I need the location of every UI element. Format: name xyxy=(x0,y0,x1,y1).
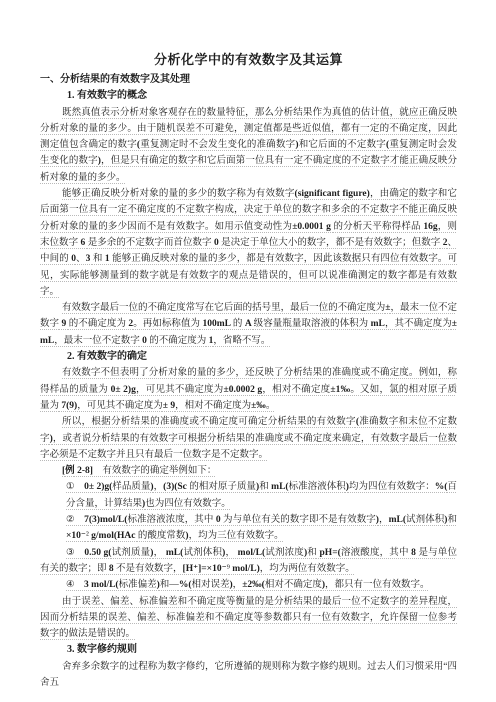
para-uncertainty-notation: 有效数字最后一位的不确定度常写在它后面的括号里，最后一位的不确定度为±，最末一位… xyxy=(40,300,457,349)
heading-determination: 2. 有效数字的确定 xyxy=(67,349,457,365)
example-item-1: ① 0± 2)g(样品质量)，(3)(Sc 的相对原子质量)和 mL(标准溶液体… xyxy=(66,479,457,512)
heading-rounding-rules: 3. 数字修约规则 xyxy=(67,642,457,658)
example-item-3: ③ 0.50 g(试剂质量)， mL(试剂体积)， mol/L(试剂浓度)和 p… xyxy=(40,545,457,578)
example-2-8-head: [例 2-8] 有效数字的确定举例如下： xyxy=(40,463,457,479)
para-determination-rule: 所以，根据分析结果的准确度或不确定度可确定分析结果的有效数字(准确数字和末位不定… xyxy=(40,414,457,463)
para-accuracy-example: 有效数字不但表明了分析对象的量的多少，还反映了分析结果的准确度或不确定度。例如，… xyxy=(40,365,457,414)
heading-concept: 1. 有效数字的概念 xyxy=(67,88,457,104)
para-significant-figure: 能够正确反映分析对象的量的多少的数字称为有效数字(significant fig… xyxy=(40,186,457,300)
para-true-value: 既然真值表示分析对象客观存在的数量特征，那么分析结果作为真值的估计值，就应正确反… xyxy=(40,105,457,186)
example-label: [例 2-8] xyxy=(62,466,93,476)
para-rounding-intro: 舍弃多余数字的过程称为数字修约，它所遵循的规则称为数字修约规则。过去人们习惯采用… xyxy=(40,659,457,692)
heading-section-1: 一、分析结果的有效数字及其处理 xyxy=(40,72,457,88)
example-intro: 有效数字的确定举例如下： xyxy=(93,466,217,476)
para-error-params: 由于误差、偏差、标准偏差和不确定度等衡量的是分析结果的最后一位不定数字的差异程度… xyxy=(40,594,457,643)
example-item-2: ② 7(3)mol/L(标准溶液浓度，其中 0 为与单位有关的数字即不是有效数字… xyxy=(66,512,457,545)
example-item-4: ④ 3 mol/L(标准偏差)和—%(相对误差)，±2‰(相对不确定度)，都只有… xyxy=(66,577,457,593)
document-page: 分析化学中的有效数字及其运算 一、分析结果的有效数字及其处理 1. 有效数字的概… xyxy=(0,0,496,702)
doc-title: 分析化学中的有效数字及其运算 xyxy=(40,50,457,70)
